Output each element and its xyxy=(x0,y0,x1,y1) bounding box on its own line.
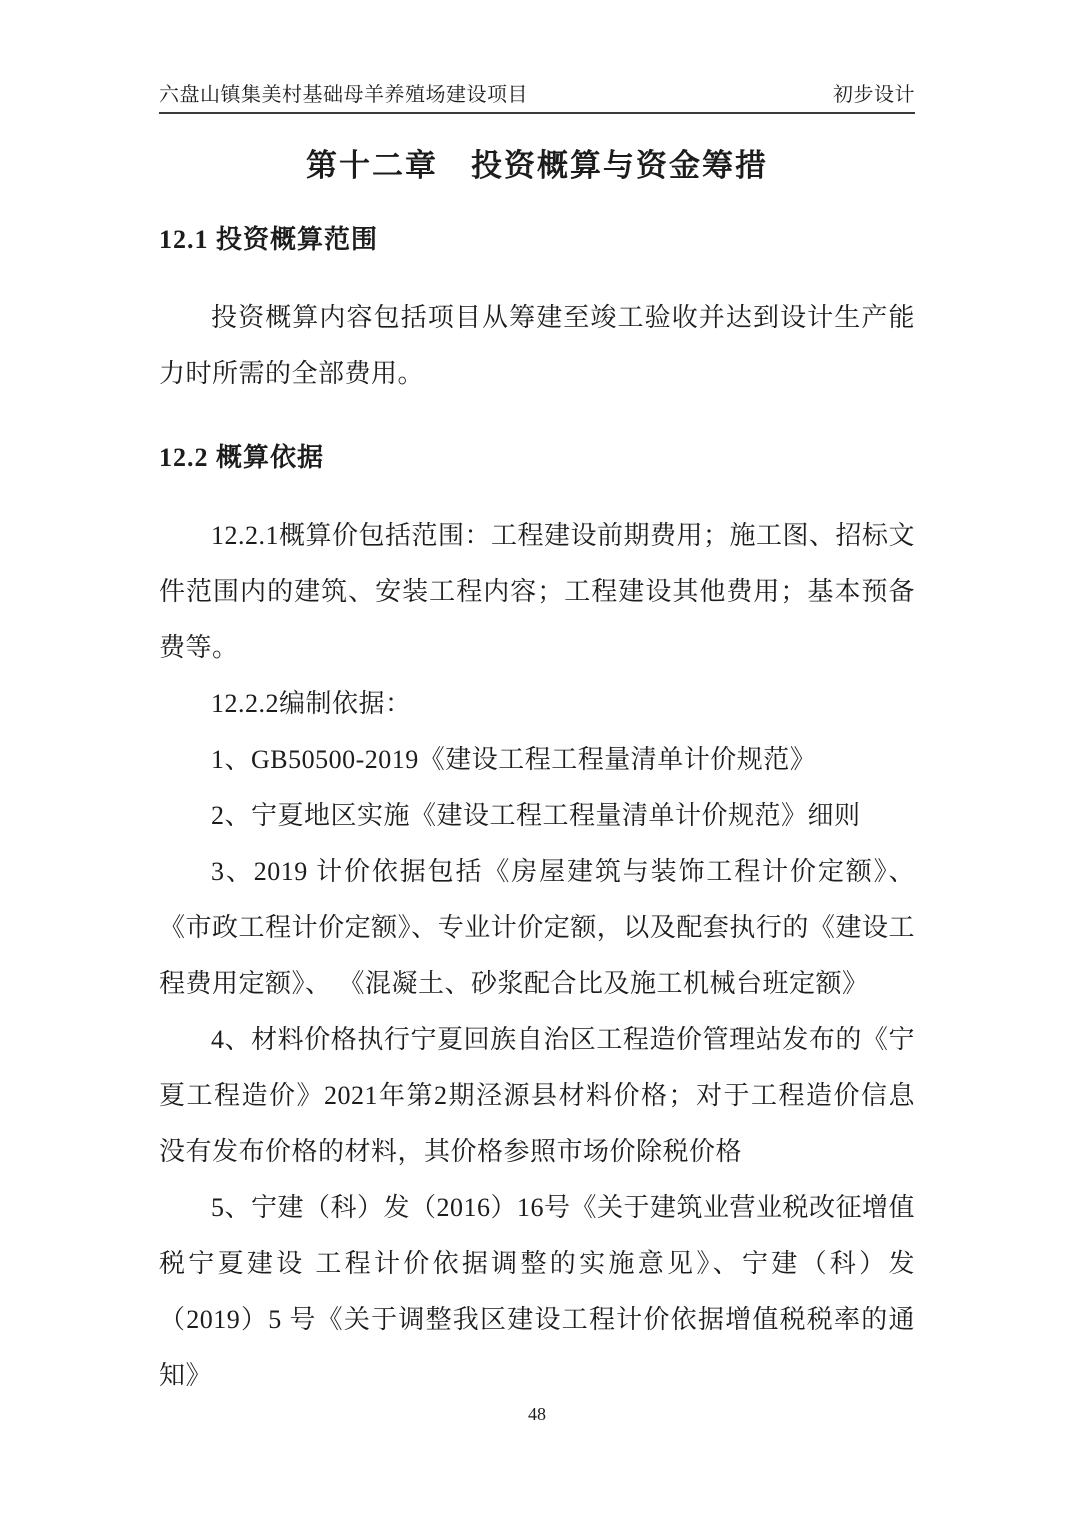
document-page: 六盘山镇集美村基础母羊养殖场建设项目 初步设计 第十二章 投资概算与资金筹措 1… xyxy=(0,0,1074,1520)
list-item: 1、GB50500-2019《建设工程工程量清单计价规范》 xyxy=(159,732,915,788)
paragraph: 12.2.1概算价包括范围：工程建设前期费用；施工图、招标文件范围内的建筑、安装… xyxy=(159,508,915,676)
section-body-12-1: 投资概算内容包括项目从筹建至竣工验收并达到设计生产能力时所需的全部费用。 xyxy=(159,290,915,402)
page-content: 六盘山镇集美村基础母羊养殖场建设项目 初步设计 第十二章 投资概算与资金筹措 1… xyxy=(159,78,915,1404)
section-heading-12-2: 12.2 概算依据 xyxy=(159,442,915,474)
page-header: 六盘山镇集美村基础母羊养殖场建设项目 初步设计 xyxy=(159,78,915,114)
paragraph: 投资概算内容包括项目从筹建至竣工验收并达到设计生产能力时所需的全部费用。 xyxy=(159,290,915,402)
page-number: 48 xyxy=(0,1404,1074,1425)
list-item: 5、宁建（科）发（2016）16号《关于建筑业营业税改征增值税宁夏建设 工程计价… xyxy=(159,1180,915,1404)
header-doc-type: 初步设计 xyxy=(833,78,915,107)
section-heading-12-1: 12.1 投资概算范围 xyxy=(159,224,915,256)
section-body-12-2: 12.2.1概算价包括范围：工程建设前期费用；施工图、招标文件范围内的建筑、安装… xyxy=(159,508,915,1404)
chapter-title: 第十二章 投资概算与资金筹措 xyxy=(159,148,915,184)
list-item: 3、2019 计价依据包括《房屋建筑与装饰工程计价定额》、《市政工程计价定额》、… xyxy=(159,844,915,1012)
list-item: 4、材料价格执行宁夏回族自治区工程造价管理站发布的《宁夏工程造价》2021年第2… xyxy=(159,1012,915,1180)
header-project-title: 六盘山镇集美村基础母羊养殖场建设项目 xyxy=(159,78,528,107)
paragraph: 12.2.2编制依据： xyxy=(159,676,915,732)
list-item: 2、宁夏地区实施《建设工程工程量清单计价规范》细则 xyxy=(159,788,915,844)
